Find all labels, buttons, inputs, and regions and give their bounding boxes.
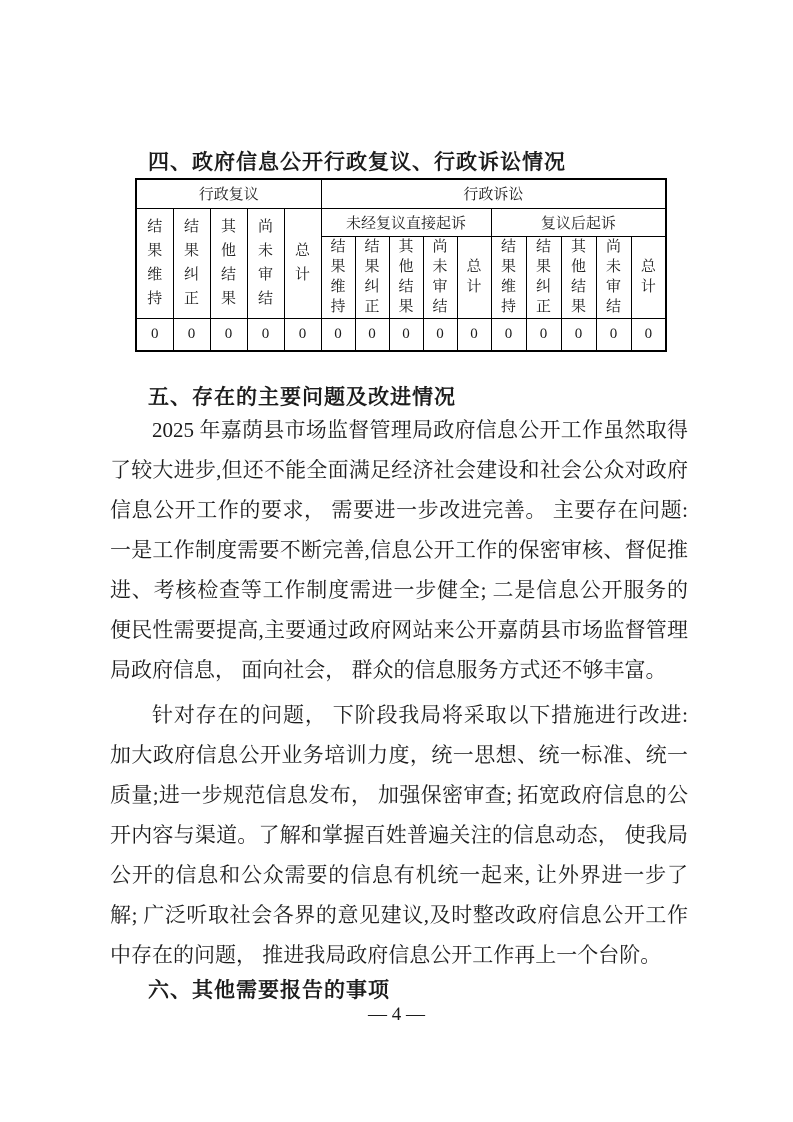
header-suit-after-reconsideration: 复议后起诉 [491,208,666,236]
table-cell-value: 0 [136,318,173,351]
header-total: 总计 [457,236,491,318]
header-other-result-label: 其他结果 [571,237,587,317]
paragraph-problems: 2025 年嘉荫县市场监督管理局政府信息公开工作虽然取得了较大进步,但还不能全面… [110,410,688,690]
header-total-label: 总计 [466,257,482,297]
header-result-upheld: 结果维持 [136,208,173,318]
header-result-corrected-label: 结果纠正 [364,237,380,317]
header-other-result-label: 其他结果 [398,237,414,317]
header-administrative-reconsideration: 行政复议 [136,179,321,208]
header-pending: 尚未审结 [247,208,284,318]
document-page: 四、政府信息公开行政复议、行政诉讼情况 行政复议 行政诉讼 结果维持 结果纠正 … [0,0,793,1122]
table-cell-value: 0 [355,318,389,351]
header-pending: 尚未审结 [596,236,631,318]
header-total: 总计 [631,236,666,318]
header-pending: 尚未审结 [423,236,457,318]
table-cell-value: 0 [284,318,321,351]
header-other-result: 其他结果 [561,236,596,318]
header-other-result: 其他结果 [389,236,423,318]
header-result-corrected-label: 结果纠正 [536,237,552,317]
page-number: — 4 — [0,1004,793,1026]
header-other-result-label: 其他结果 [221,215,237,311]
table-cell-value: 0 [321,318,355,351]
table-cell-value: 0 [631,318,666,351]
header-pending-label: 尚未审结 [432,237,448,317]
section-five-body: 2025 年嘉荫县市场监督管理局政府信息公开工作虽然取得了较大进步,但还不能全面… [110,410,688,975]
section-five-heading: 五、存在的主要问题及改进情况 [148,381,456,411]
header-result-corrected: 结果纠正 [526,236,561,318]
header-total-label: 总计 [295,239,311,287]
table-cell-value: 0 [173,318,210,351]
table-cell-value: 0 [247,318,284,351]
header-result-corrected: 结果纠正 [173,208,210,318]
header-pending-label: 尚未审结 [258,215,274,311]
table-cell-value: 0 [596,318,631,351]
table-cell-value: 0 [491,318,526,351]
table-cell-value: 0 [526,318,561,351]
header-administrative-litigation: 行政诉讼 [321,179,666,208]
header-result-upheld-label: 结果维持 [330,237,346,317]
table-cell-value: 0 [210,318,247,351]
table-cell-value: 0 [389,318,423,351]
header-result-corrected: 结果纠正 [355,236,389,318]
header-total-label: 总计 [640,257,656,297]
header-other-result: 其他结果 [210,208,247,318]
table-cell-value: 0 [423,318,457,351]
section-six-heading: 六、其他需要报告的事项 [148,974,390,1004]
header-pending-label: 尚未审结 [606,237,622,317]
header-result-upheld: 结果维持 [491,236,526,318]
table-cell-value: 0 [457,318,491,351]
header-direct-suit: 未经复议直接起诉 [321,208,491,236]
header-total: 总计 [284,208,321,318]
review-litigation-table: 行政复议 行政诉讼 结果维持 结果纠正 其他结果 尚未审结 总计 未经复议直接起… [135,178,667,352]
header-result-upheld-label: 结果维持 [501,237,517,317]
section-four-heading: 四、政府信息公开行政复议、行政诉讼情况 [148,146,566,176]
paragraph-improvements: 针对存在的问题， 下阶段我局将采取以下措施进行改进: 加大政府信息公开业务培训力… [110,695,688,975]
table-cell-value: 0 [561,318,596,351]
header-result-upheld-label: 结果维持 [147,215,163,311]
header-result-corrected-label: 结果纠正 [184,215,200,311]
header-result-upheld: 结果维持 [321,236,355,318]
